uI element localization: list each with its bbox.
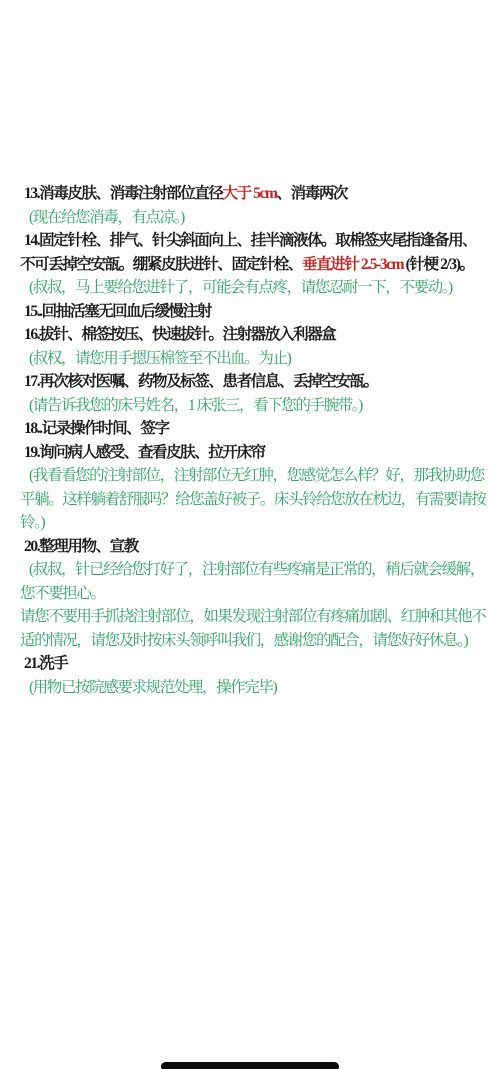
procedure-step: 13.消毒皮肤、消毒注射部位直径大于 5cm、消毒两次 [20,182,490,206]
text-segment: (请告诉我您的床号姓名，1 床张三，看下您的手腕带。) [29,397,362,414]
text-segment: (现在给您消毒，有点凉。) [29,209,184,226]
dialog-line: (叔权，请您用手摁压棉签至不出血。为止) [20,347,490,371]
home-indicator[interactable] [161,1062,339,1069]
highlighted-text: 大于 5cm [222,185,276,202]
text-segment: (我看看您的注射部位，注射部位无红肿，您感觉怎么样？好，那我协助您平躺。这样躺着… [20,467,485,531]
text-segment: 17.再次核对医嘱、药物及标签、患者信息、丢掉空安瓿。 [24,373,378,390]
procedure-step: 18..记录操作时间、签字 [20,417,490,441]
text-segment: (叔权，请您用手摁压棉签至不出血。为止) [29,350,290,367]
dialog-line: (现在给您消毒，有点凉。) [20,206,490,230]
text-segment: (用物已按院感要求规范处理，操作完毕) [29,679,276,696]
dialog-line: (叔叔，针已经给您打好了，注射部位有些疼痛是正常的，稍后就会缓解，您不要担心。 [20,558,490,605]
document-page: 13.消毒皮肤、消毒注射部位直径大于 5cm、消毒两次(现在给您消毒，有点凉。)… [0,0,500,1069]
procedure-step: 19.询问病人感受、查看皮肤、拉开床帘 [20,441,490,465]
dialog-line: (叔叔，马上要给您进针了，可能会有点疼，请您忍耐一下，不要动。) [20,276,490,300]
procedure-step: 17.再次核对医嘱、药物及标签、患者信息、丢掉空安瓿。 [20,370,490,394]
dialog-line: (我看看您的注射部位，注射部位无红肿，您感觉怎么样？好，那我协助您平躺。这样躺着… [20,464,490,535]
text-segment: 19.询问病人感受、查看皮肤、拉开床帘 [24,444,265,461]
text-segment: 16.拔针、棉签按压、快速拔针。注射器放入利器盒 [24,326,335,343]
procedure-step: 15..回抽活塞无回血后缓慢注射 [20,300,490,324]
text-segment: 13.消毒皮肤、消毒注射部位直径 [24,185,222,202]
dialog-line: (用物已按院感要求规范处理，操作完毕) [20,676,490,700]
text-segment: (叔叔，马上要给您进针了，可能会有点疼，请您忍耐一下，不要动。) [29,279,452,296]
text-segment: 20.整理用物、宣教 [24,538,138,555]
procedure-step: 20.整理用物、宣教 [20,535,490,559]
text-segment: 21.洗手 [24,655,67,672]
text-segment: (针梗 2/3)。 [403,256,473,273]
highlighted-text: 垂直进针 2.5-3cm [302,256,403,273]
text-segment: (叔叔，针已经给您打好了，注射部位有些疼痛是正常的，稍后就会缓解，您不要担心。 [20,561,484,602]
procedure-text: 13.消毒皮肤、消毒注射部位直径大于 5cm、消毒两次(现在给您消毒，有点凉。)… [0,182,500,699]
text-segment: 请您不要用手抓挠注射部位，如果发现注射部位有疼痛加剧、红肿和其他不适的情况，请您… [20,608,485,649]
text-segment: 15..回抽活塞无回血后缓慢注射 [24,303,211,320]
procedure-step: 14.固定针栓、排气、针尖斜面向上、挂半滴液体。取棉签夹尾指逢备用、不可丢掉空安… [20,229,490,276]
dialog-line: (请告诉我您的床号姓名，1 床张三，看下您的手腕带。) [20,394,490,418]
procedure-step: 21.洗手 [20,652,490,676]
text-segment: 18..记录操作时间、签字 [24,420,169,437]
dialog-line: 请您不要用手抓挠注射部位，如果发现注射部位有疼痛加剧、红肿和其他不适的情况，请您… [20,605,490,652]
text-segment: 、消毒两次 [277,185,348,202]
procedure-step: 16.拔针、棉签按压、快速拔针。注射器放入利器盒 [20,323,490,347]
